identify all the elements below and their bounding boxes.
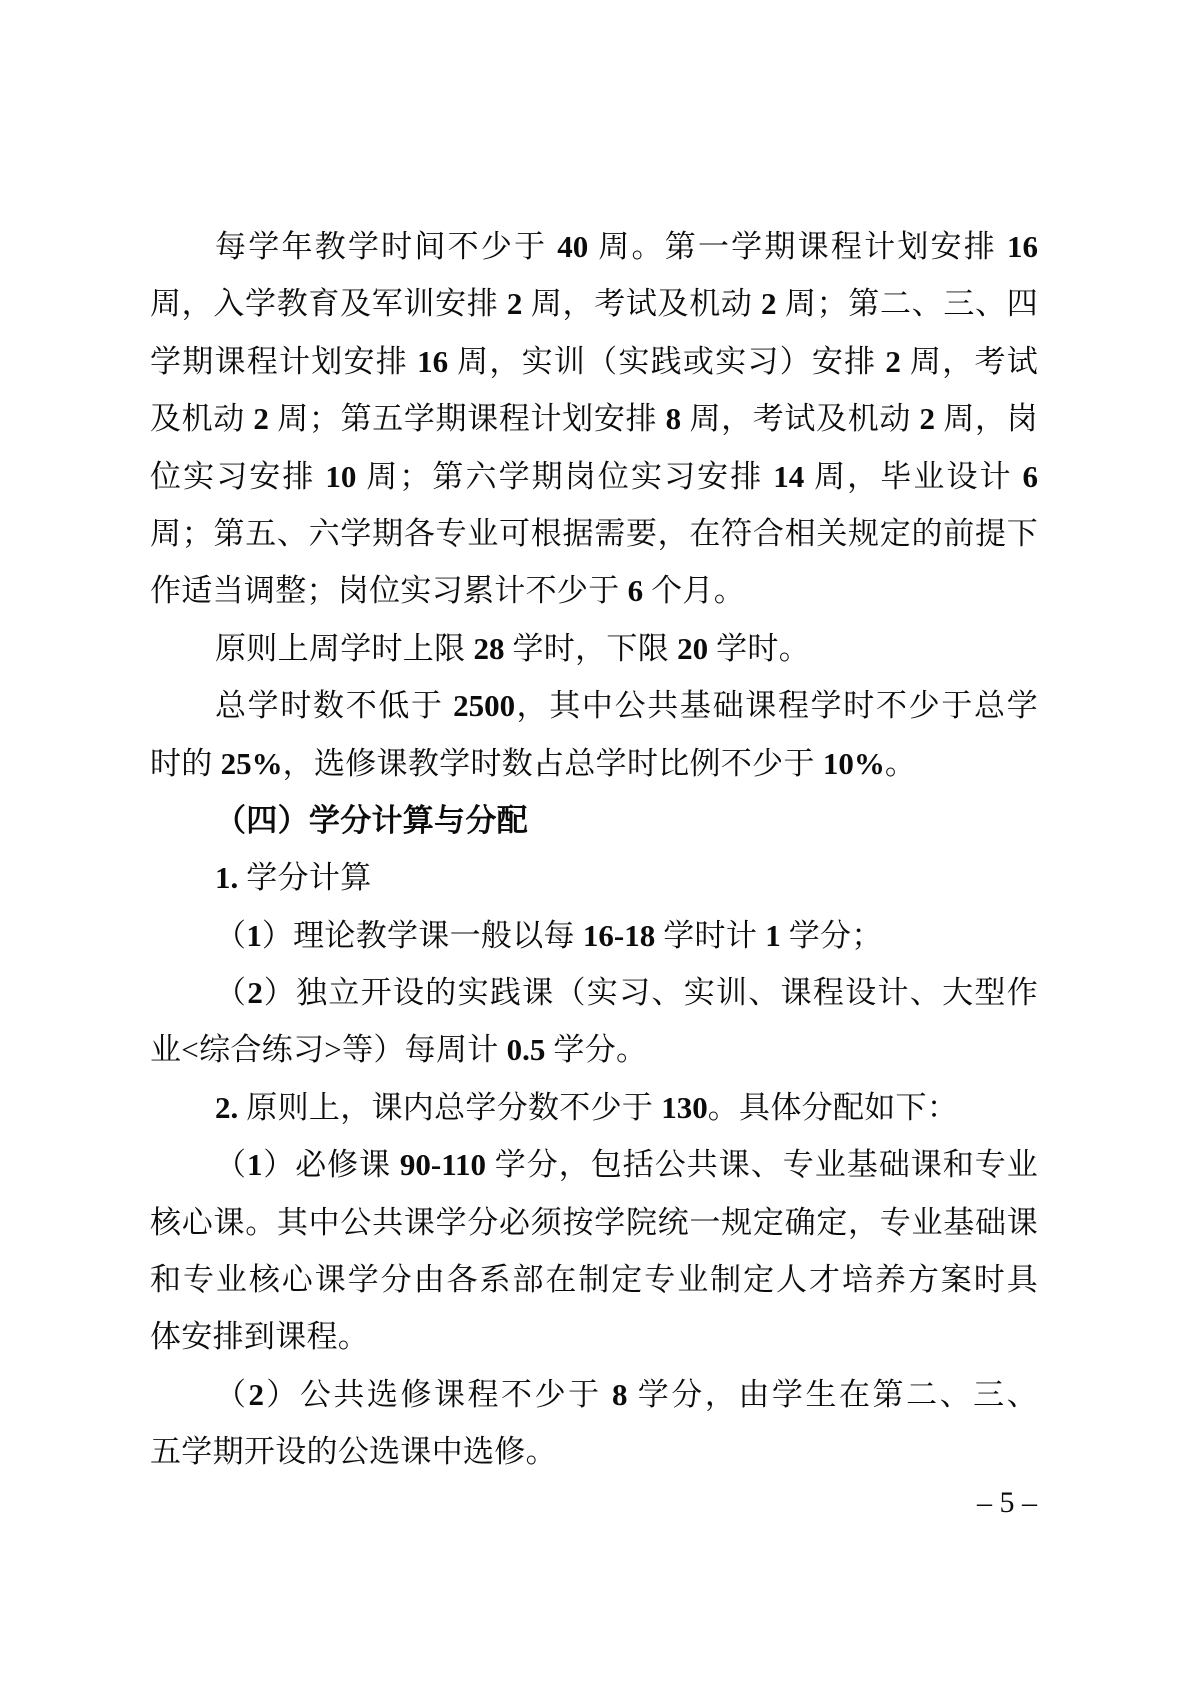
text-run: 周；第二、三、四 xyxy=(777,286,1038,321)
text-run: （四）学分计算与分配 xyxy=(215,803,528,838)
paragraph: （1）必修课 90-110 学分，包括公共课、专业基础课和专业核心课。其中公共课… xyxy=(150,1136,1038,1366)
text-run: 周；第六学期岗位实习安排 xyxy=(356,459,773,494)
bold-number-run: 16-18 xyxy=(583,918,655,953)
bold-number-run: 10 xyxy=(325,459,356,494)
text-run: 原则上，课内总学分数不少于 xyxy=(238,1090,661,1125)
text-run: 时的 xyxy=(150,746,221,781)
bold-number-run: 40 xyxy=(557,229,588,264)
bold-number-run: 1 xyxy=(246,918,262,953)
text-run: 。具体分配如下： xyxy=(708,1090,958,1125)
text-run: 学期课程计划安排 xyxy=(150,344,417,379)
bold-number-run: 16 xyxy=(1007,229,1038,264)
bold-number-run: 14 xyxy=(773,459,804,494)
paragraph: （2）独立开设的实践课（实习、实训、课程设计、大型作业<综合练习>等）每周计 0… xyxy=(150,964,1038,1079)
paragraph: 1. 学分计算 xyxy=(150,849,1038,906)
text-line: 周；第五、六学期各专业可根据需要，在符合相关规定的前提下 xyxy=(150,505,1038,562)
bold-number-run: 2 xyxy=(761,286,777,321)
bold-number-run: 2 xyxy=(253,401,269,436)
text-run: 五学期开设的公选课中选修。 xyxy=(150,1434,557,1469)
text-run: ，选修课教学时数占总学时比例不少于 xyxy=(283,746,823,781)
document-page: 每学年教学时间不少于 40 周。第一学期课程计划安排 16周，入学教育及军训安排… xyxy=(0,0,1190,1683)
bold-number-run: 1 xyxy=(247,1147,263,1182)
text-run: 周，考试及机动 xyxy=(522,286,761,321)
page-number: – 5 – xyxy=(977,1486,1037,1520)
bold-number-run: 90-110 xyxy=(400,1147,486,1182)
text-run: （ xyxy=(215,1377,249,1412)
bold-number-run: 2 xyxy=(249,1377,265,1412)
paragraph: 原则上周学时上限 28 学时，下限 20 学时。 xyxy=(150,620,1038,677)
text-run: 总学时数不低于 xyxy=(215,688,453,723)
text-line: 周，入学教育及军训安排 2 周，考试及机动 2 周；第二、三、四 xyxy=(150,275,1038,332)
text-run: 核心课。其中公共课学分必须按学院统一规定确定，专业基础课 xyxy=(150,1205,1038,1240)
bold-number-run: 2. xyxy=(215,1090,238,1125)
text-run: 体安排到课程。 xyxy=(150,1319,369,1354)
text-run: 学分计算 xyxy=(238,860,371,895)
text-line: 核心课。其中公共课学分必须按学院统一规定确定，专业基础课 xyxy=(150,1194,1038,1251)
text-run: ）理论教学课一般以每 xyxy=(262,918,583,953)
text-line: 1. 学分计算 xyxy=(150,849,1038,906)
text-run: 周，毕业设计 xyxy=(804,459,1022,494)
text-run: 周，实训（实践或实习）安排 xyxy=(448,344,885,379)
bold-number-run: 2 xyxy=(919,401,935,436)
bold-number-run: 6 xyxy=(1023,459,1039,494)
text-run: 学分，包括公共课、专业基础课和专业 xyxy=(486,1147,1038,1182)
bold-number-run: 2 xyxy=(507,286,523,321)
text-line: 原则上周学时上限 28 学时，下限 20 学时。 xyxy=(150,620,1038,677)
text-run: 及机动 xyxy=(150,401,253,436)
document-body: 每学年教学时间不少于 40 周。第一学期课程计划安排 16周，入学教育及军训安排… xyxy=(150,218,1038,1481)
paragraph: 总学时数不低于 2500，其中公共基础课程学时不少于总学时的 25%，选修课教学… xyxy=(150,677,1038,792)
text-line: 及机动 2 周；第五学期课程计划安排 8 周，考试及机动 2 周，岗 xyxy=(150,390,1038,447)
text-run: 学分； xyxy=(781,918,883,953)
paragraph: 2. 原则上，课内总学分数不少于 130。具体分配如下： xyxy=(150,1079,1038,1136)
text-run: 周。第一学期课程计划安排 xyxy=(588,229,1007,264)
text-line: 学期课程计划安排 16 周，实训（实践或实习）安排 2 周，考试 xyxy=(150,333,1038,390)
bold-number-run: 8 xyxy=(666,401,682,436)
bold-number-run: 1 xyxy=(765,918,781,953)
text-run: 学时。 xyxy=(708,631,810,666)
text-run: 业<综合练习>等）每周计 xyxy=(150,1032,507,1067)
paragraph: （四）学分计算与分配 xyxy=(150,792,1038,849)
text-line: （2）独立开设的实践课（实习、实训、课程设计、大型作 xyxy=(150,964,1038,1021)
text-run: ）公共选修课程不少于 xyxy=(264,1377,612,1412)
paragraph: （1）理论教学课一般以每 16-18 学时计 1 学分； xyxy=(150,907,1038,964)
text-run: 学时，下限 xyxy=(504,631,677,666)
text-run: （ xyxy=(215,975,247,1010)
text-run: 作适当调整；岗位实习累计不少于 xyxy=(150,573,628,608)
text-run: 周，考试及机动 xyxy=(681,401,919,436)
text-line: 体安排到课程。 xyxy=(150,1308,1038,1365)
text-run: （ xyxy=(215,918,246,953)
text-line: 2. 原则上，课内总学分数不少于 130。具体分配如下： xyxy=(150,1079,1038,1136)
text-run: ）必修课 xyxy=(263,1147,400,1182)
bold-number-run: 2500 xyxy=(453,688,515,723)
text-line: （1）理论教学课一般以每 16-18 学时计 1 学分； xyxy=(150,907,1038,964)
bold-number-run: 6 xyxy=(628,573,644,608)
text-line: 时的 25%，选修课教学时数占总学时比例不少于 10%。 xyxy=(150,735,1038,792)
text-run: 周；第五学期课程计划安排 xyxy=(269,401,666,436)
text-line: （四）学分计算与分配 xyxy=(150,792,1038,849)
bold-number-run: 130 xyxy=(661,1090,708,1125)
text-line: 作适当调整；岗位实习累计不少于 6 个月。 xyxy=(150,562,1038,619)
bold-number-run: 2 xyxy=(885,344,901,379)
paragraph: （2）公共选修课程不少于 8 学分，由学生在第二、三、四、五学期开设的公选课中选… xyxy=(150,1366,1038,1481)
text-run: 每学年教学时间不少于 xyxy=(215,229,557,264)
text-run: 周，入学教育及军训安排 xyxy=(150,286,507,321)
text-run: 位实习安排 xyxy=(150,459,325,494)
text-run: 学时计 xyxy=(655,918,765,953)
text-line: 每学年教学时间不少于 40 周。第一学期课程计划安排 16 xyxy=(150,218,1038,275)
text-run: 学分。 xyxy=(545,1032,647,1067)
text-line: （1）必修课 90-110 学分，包括公共课、专业基础课和专业 xyxy=(150,1136,1038,1193)
text-run: 原则上周学时上限 xyxy=(215,631,473,666)
paragraph: 每学年教学时间不少于 40 周。第一学期课程计划安排 16周，入学教育及军训安排… xyxy=(150,218,1038,620)
text-run: 和专业核心课学分由各系部在制定专业制定人才培养方案时具 xyxy=(150,1262,1038,1297)
text-run: ）独立开设的实践课（实习、实训、课程设计、大型作 xyxy=(263,975,1038,1010)
bold-number-run: 28 xyxy=(473,631,504,666)
text-run: ，其中公共基础课程学时不少于总学 xyxy=(515,688,1038,723)
text-line: （2）公共选修课程不少于 8 学分，由学生在第二、三、四、 xyxy=(150,1366,1038,1423)
text-line: 业<综合练习>等）每周计 0.5 学分。 xyxy=(150,1021,1038,1078)
bold-number-run: 10% xyxy=(823,746,885,781)
text-line: 总学时数不低于 2500，其中公共基础课程学时不少于总学 xyxy=(150,677,1038,734)
text-run: （ xyxy=(215,1147,247,1182)
text-line: 和专业核心课学分由各系部在制定专业制定人才培养方案时具 xyxy=(150,1251,1038,1308)
text-run: 。 xyxy=(885,746,916,781)
bold-number-run: 25% xyxy=(221,746,283,781)
bold-number-run: 2 xyxy=(247,975,263,1010)
text-run: 周；第五、六学期各专业可根据需要，在符合相关规定的前提下 xyxy=(150,516,1038,551)
text-run: 周，考试 xyxy=(901,344,1038,379)
text-line: 位实习安排 10 周；第六学期岗位实习安排 14 周，毕业设计 6 xyxy=(150,448,1038,505)
text-line: 五学期开设的公选课中选修。 xyxy=(150,1423,1038,1480)
text-run: 周，岗 xyxy=(935,401,1038,436)
bold-number-run: 8 xyxy=(612,1377,628,1412)
bold-number-run: 20 xyxy=(677,631,708,666)
bold-number-run: 1. xyxy=(215,860,238,895)
bold-number-run: 0.5 xyxy=(507,1032,546,1067)
bold-number-run: 16 xyxy=(417,344,448,379)
text-run: 个月。 xyxy=(643,573,745,608)
